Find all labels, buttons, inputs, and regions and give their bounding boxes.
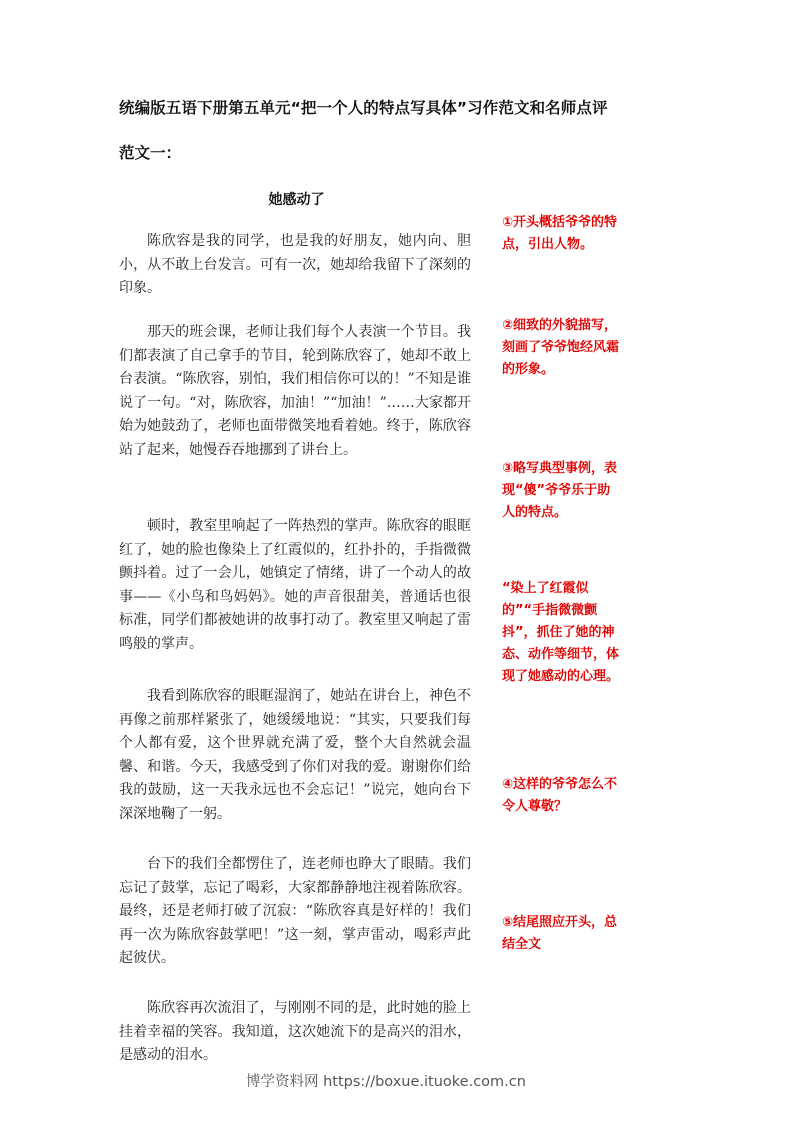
annotation-3: ③略写典型事例，表现“傻”爷爷乐于助人的特点。 — [502, 458, 620, 524]
essay-paragraph-4: 我看到陈欣容的眼眶湿润了，她站在讲台上，神色不再像之前那样紧张了，她缓缓地说：“… — [119, 685, 471, 826]
document-title: 统编版五语下册第五单元“把一个人的特点写具体”习作范文和名师点评 — [119, 96, 608, 118]
essay-title: 她感动了 — [119, 189, 474, 209]
essay-paragraph-1: 陈欣容是我的同学，也是我的好朋友，她内向、胆小，从不敢上台发言。可有一次，她却给… — [119, 230, 471, 301]
footer-watermark: 博学资料网 https://boxue.ituoke.com.cn — [246, 1070, 526, 1091]
annotation-1: ①开头概括爷爷的特点，引出人物。 — [502, 212, 620, 256]
essay-paragraph-6: 陈欣容再次流泪了，与刚刚不同的是，此时她的脸上挂着幸福的笑容。我知道，这次她流下… — [119, 997, 471, 1068]
annotation-5: ⑤结尾照应开头，总结全文 — [502, 912, 620, 956]
essay-paragraph-3: 顿时，教室里响起了一阵热烈的掌声。陈欣容的眼眶红了，她的脸也像染上了红霞似的，红… — [119, 515, 471, 656]
section-label: 范文一： — [119, 141, 181, 163]
essay-paragraph-2: 那天的班会课，老师让我们每个人表演一个节目。我们都表演了自己拿手的节目，轮到陈欣… — [119, 321, 471, 462]
annotation-4: ④这样的爷爷怎么不令人尊敬？ — [502, 774, 620, 818]
document-page: 统编版五语下册第五单元“把一个人的特点写具体”习作范文和名师点评 范文一： 她感… — [0, 0, 793, 1122]
annotation-detail: “染上了红霞似的”“手指微微颤抖”，抓住了她的神态、动作等细节，体现了她感动的心… — [502, 578, 620, 688]
annotation-2: ②细致的外貌描写，刻画了爷爷饱经风霜的形象。 — [502, 315, 620, 381]
essay-paragraph-5: 台下的我们全都愣住了，连老师也睁大了眼睛。我们忘记了鼓掌，忘记了喝彩，大家都静静… — [119, 853, 471, 971]
